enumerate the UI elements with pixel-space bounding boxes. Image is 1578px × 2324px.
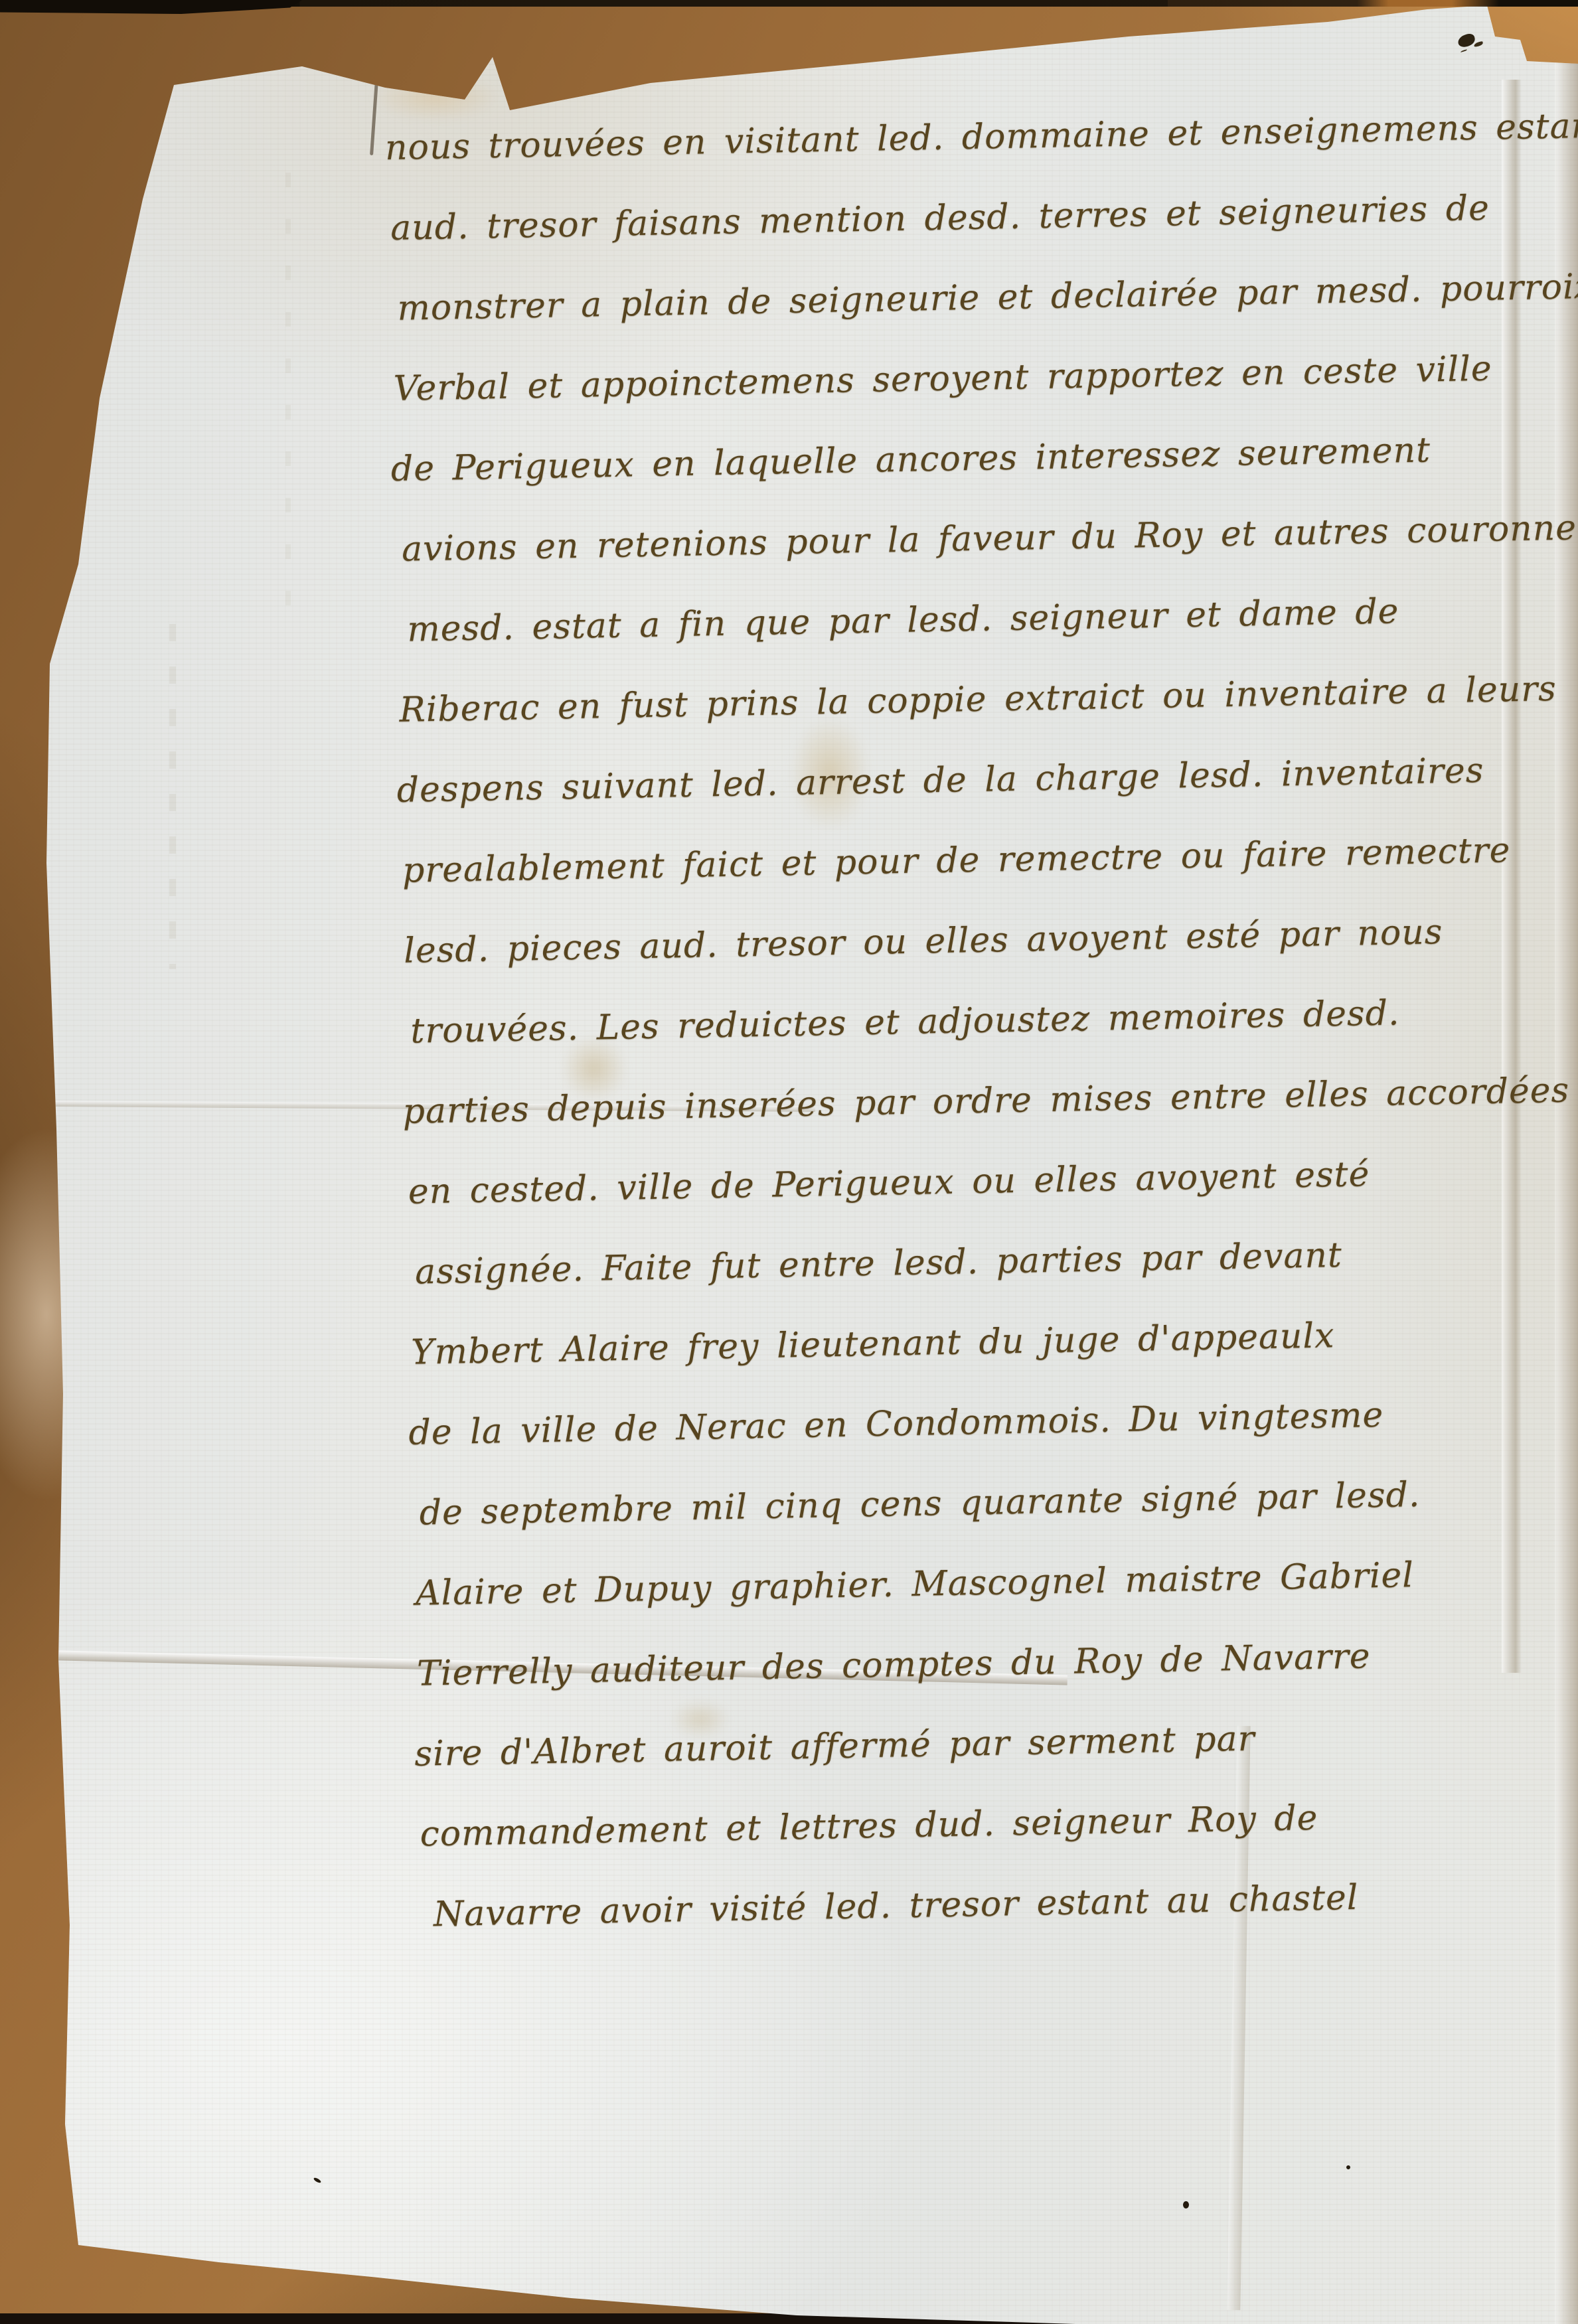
photo-of-manuscript: nous trouvées en visitant led. dommaine … <box>0 0 1578 2324</box>
manuscript-text-block: nous trouvées en visitant led. dommaine … <box>388 86 1578 1955</box>
verso-showthrough <box>285 173 291 637</box>
ink-speck <box>313 2177 322 2183</box>
top-left-dark-edge <box>0 0 302 14</box>
manuscript-paper-sheet: nous trouvées en visitant led. dommaine … <box>0 0 1578 2324</box>
ink-speck <box>1346 2165 1350 2169</box>
verso-showthrough <box>169 624 176 969</box>
ink-blot <box>1457 33 1476 48</box>
ink-speck <box>1183 2201 1189 2208</box>
